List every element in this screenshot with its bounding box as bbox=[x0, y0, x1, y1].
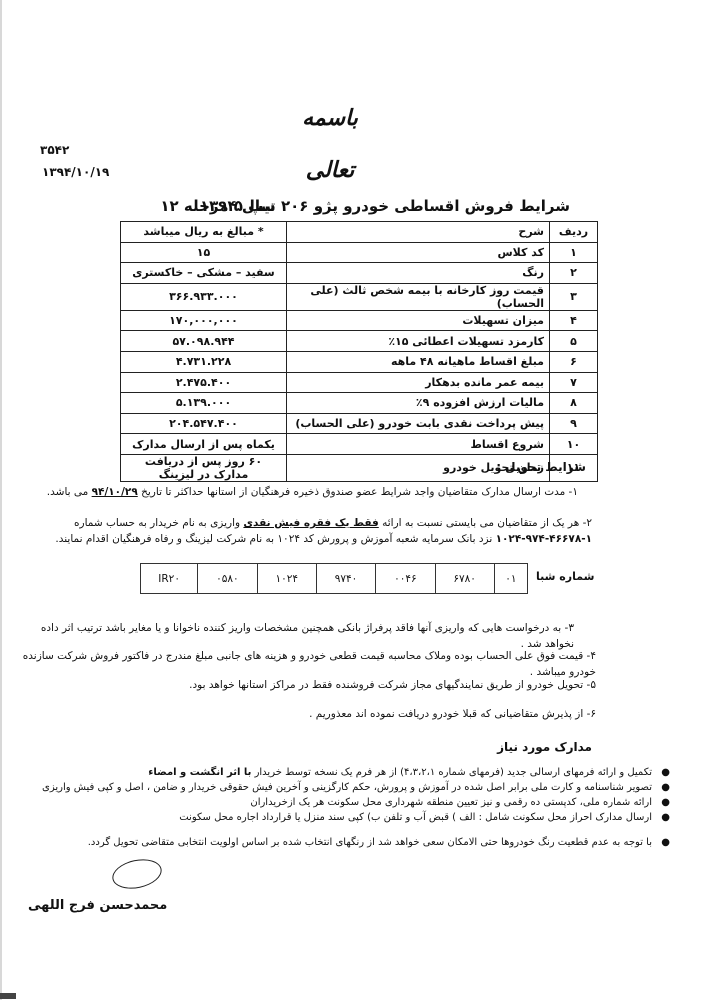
table-row: ۴میزان تسهیلات۱۷۰,۰۰۰,۰۰۰ bbox=[121, 310, 598, 331]
table-row: ۳قیمت روز کارخانه با بیمه شخص ثالث (علی … bbox=[121, 283, 598, 310]
sheba-group: ۶۷۸۰ bbox=[435, 564, 494, 594]
document-text: ارسال مدارک احراز محل سکونت شامل : الف )… bbox=[179, 812, 652, 823]
row-description: بیمه عمر مانده بدهکار bbox=[287, 372, 550, 393]
row-index: ۷ bbox=[550, 372, 598, 393]
row-index: ۳ bbox=[550, 283, 598, 310]
sheba-group: IR۲۰ bbox=[141, 564, 198, 594]
row-description: شروع اقساط bbox=[287, 434, 550, 455]
letterhead-invocation: باسمه تعالی bbox=[290, 92, 370, 144]
page-edge bbox=[0, 0, 2, 1000]
header-index: ردیف bbox=[550, 222, 598, 243]
row-description: مبلغ اقساط ماهیانه ۴۸ ماهه bbox=[287, 351, 550, 372]
sheba-label: شماره شبا bbox=[536, 570, 594, 583]
bullet-icon: ● bbox=[661, 810, 670, 825]
delivery-term-4: ۴- قیمت فوق علی الحساب بوده وملاک محاسبه… bbox=[16, 648, 596, 680]
document-date: ۱۳۹۴/۱۰/۱۹ bbox=[42, 165, 109, 179]
document-text: تصویر شناسنامه و کارت ملی برابر اصل شده … bbox=[42, 782, 652, 793]
document-emphasis: با اثر انگشت و امضاء bbox=[148, 767, 251, 778]
row-index: ۱ bbox=[550, 242, 598, 263]
deadline-date: ۹۴/۱۰/۲۹ bbox=[92, 486, 138, 498]
row-description: رنگ bbox=[287, 263, 550, 284]
table-row: ۵کارمزد تسهیلات اعطائی ۱۵٪۵۷.۰۹۸.۹۴۴ bbox=[121, 331, 598, 352]
term-1-text: ۱- مدت ارسال مدارک متقاضیان واجد شرایط ع… bbox=[141, 486, 578, 498]
sheba-group: ۰۱ bbox=[494, 564, 527, 594]
bullet-icon: ● bbox=[661, 780, 670, 795]
required-documents-heading: مدارک مورد نیاز bbox=[497, 740, 592, 754]
row-index: ۸ bbox=[550, 393, 598, 414]
row-index: ۹ bbox=[550, 413, 598, 434]
term-2-text: ۲- هر یک از متقاضیان می بایستی نسبت به ا… bbox=[382, 517, 592, 529]
table-row: ۲رنگسفید – مشکی – خاکستری bbox=[121, 263, 598, 284]
spec-table-header: ردیف شرح * مبالغ به ریال میباشد bbox=[121, 222, 598, 243]
bullet-icon: ● bbox=[661, 835, 670, 850]
signatory-name: محمدحسن فرج اللهی bbox=[28, 898, 167, 913]
row-value: ۳۶۶.۹۳۳.۰۰۰ bbox=[121, 283, 287, 310]
header-description: شرح bbox=[287, 222, 550, 243]
delivery-term-2: ۲- هر یک از متقاضیان می بایستی نسبت به ا… bbox=[22, 515, 592, 547]
sheba-group: ۹۷۴۰ bbox=[316, 564, 375, 594]
delivery-term-1: ۱- مدت ارسال مدارک متقاضیان واجد شرایط ع… bbox=[18, 484, 578, 500]
row-value: ۲۰۴.۵۴۷.۴۰۰ bbox=[121, 413, 287, 434]
page-title: شرایط فروش اقساطی خودرو پژو ۲۰۶ تیپ ۵ مر… bbox=[130, 197, 570, 215]
account-number: ۱۰۲۴-۹۷۴-۴۶۶۷۸-۱ bbox=[496, 533, 592, 545]
delivery-term-6: ۶- از پذیرش متقاضیانی که قبلا خودرو دریا… bbox=[36, 706, 596, 722]
term-2-suffix: نزد بانک سرمایه شعبه آموزش و پرورش کد ۱۰… bbox=[55, 533, 492, 545]
row-index: ۴ bbox=[550, 310, 598, 331]
table-row: ۱کد کلاس۱۵ bbox=[121, 242, 598, 263]
sheba-table: IR۲۰ ۰۵۸۰ ۱۰۲۴ ۹۷۴۰ ۰۰۴۶ ۶۷۸۰ ۰۱ bbox=[140, 563, 528, 594]
list-item: ●ارسال مدارک احراز محل سکونت شامل : الف … bbox=[34, 810, 674, 825]
row-value: سفید – مشکی – خاکستری bbox=[121, 263, 287, 284]
delivery-term-5: ۵- تحویل خودرو از طریق نمایندگیهای مجاز … bbox=[36, 677, 596, 693]
list-item: ●با توجه به عدم قطعیت رنگ خودروها حتی ال… bbox=[34, 835, 674, 850]
row-value: ۶۰ روز پس از دریافت مدارک در لیزینگ bbox=[121, 454, 287, 481]
row-description: کارمزد تسهیلات اعطائی ۱۵٪ bbox=[287, 331, 550, 352]
table-row: ۸مالیات ارزش افزوده ۹٪۵.۱۳۹.۰۰۰ bbox=[121, 393, 598, 414]
signature-icon bbox=[110, 855, 165, 893]
document-text: ارائه شماره ملی، کدپستی ده رقمی و نیز تع… bbox=[250, 797, 652, 808]
row-index: ۶ bbox=[550, 351, 598, 372]
table-row: ۶مبلغ اقساط ماهیانه ۴۸ ماهه۴.۷۳۱.۲۲۸ bbox=[121, 351, 598, 372]
row-description: میزان تسهیلات bbox=[287, 310, 550, 331]
list-item: ●تصویر شناسنامه و کارت ملی برابر اصل شده… bbox=[34, 780, 674, 795]
color-note: با توجه به عدم قطعیت رنگ خودروها حتی الا… bbox=[88, 837, 652, 848]
header-value: * مبالغ به ریال میباشد bbox=[121, 222, 287, 243]
row-index: ۱۰ bbox=[550, 434, 598, 455]
list-item: ●تکمیل و ارائه فرمهای ارسالی جدید (فرمها… bbox=[34, 765, 674, 780]
row-description: کد کلاس bbox=[287, 242, 550, 263]
required-documents-list: ●تکمیل و ارائه فرمهای ارسالی جدید (فرمها… bbox=[34, 765, 674, 850]
list-item: ●ارائه شماره ملی، کدپستی ده رقمی و نیز ت… bbox=[34, 795, 674, 810]
table-row: ۷بیمه عمر مانده بدهکار۲.۴۷۵.۴۰۰ bbox=[121, 372, 598, 393]
row-value: یکماه پس از ارسال مدارک bbox=[121, 434, 287, 455]
spec-table: ردیف شرح * مبالغ به ریال میباشد ۱کد کلاس… bbox=[120, 221, 598, 482]
sheba-group: ۱۰۲۴ bbox=[257, 564, 316, 594]
row-value: ۴.۷۳۱.۲۲۸ bbox=[121, 351, 287, 372]
row-description: قیمت روز کارخانه با بیمه شخص ثالث (علی ا… bbox=[287, 283, 550, 310]
title-year: سال ۱۳۹۴ bbox=[200, 197, 275, 215]
term-1-suffix: می باشد. bbox=[47, 486, 88, 498]
row-value: ۵۷.۰۹۸.۹۴۴ bbox=[121, 331, 287, 352]
document-text: تکمیل و ارائه فرمهای ارسالی جدید (فرمهای… bbox=[255, 767, 652, 778]
row-index: ۲ bbox=[550, 263, 598, 284]
table-row: ۹پیش پرداخت نقدی بابت خودرو (علی الحساب)… bbox=[121, 413, 598, 434]
bullet-icon: ● bbox=[661, 765, 670, 780]
sheba-group: ۰۰۴۶ bbox=[376, 564, 435, 594]
bullet-icon: ● bbox=[661, 795, 670, 810]
row-value: ۱۷۰,۰۰۰,۰۰۰ bbox=[121, 310, 287, 331]
row-value: ۵.۱۳۹.۰۰۰ bbox=[121, 393, 287, 414]
row-description: پیش پرداخت نقدی بابت خودرو (علی الحساب) bbox=[287, 413, 550, 434]
term-2-emphasis: فقط یک فقره فیش نقدی bbox=[243, 517, 378, 529]
delivery-terms-heading: شرایط تحویل : bbox=[496, 460, 586, 474]
row-value: ۲.۴۷۵.۴۰۰ bbox=[121, 372, 287, 393]
table-row: ۱۰شروع اقساطیکماه پس از ارسال مدارک bbox=[121, 434, 598, 455]
row-description: مالیات ارزش افزوده ۹٪ bbox=[287, 393, 550, 414]
row-value: ۱۵ bbox=[121, 242, 287, 263]
row-index: ۵ bbox=[550, 331, 598, 352]
document-number: ۳۵۴۲ bbox=[40, 143, 69, 157]
term-2-middle: واریزی به نام خریدار به حساب شماره bbox=[74, 517, 240, 529]
sheba-group: ۰۵۸۰ bbox=[198, 564, 257, 594]
scan-mark bbox=[0, 993, 16, 999]
